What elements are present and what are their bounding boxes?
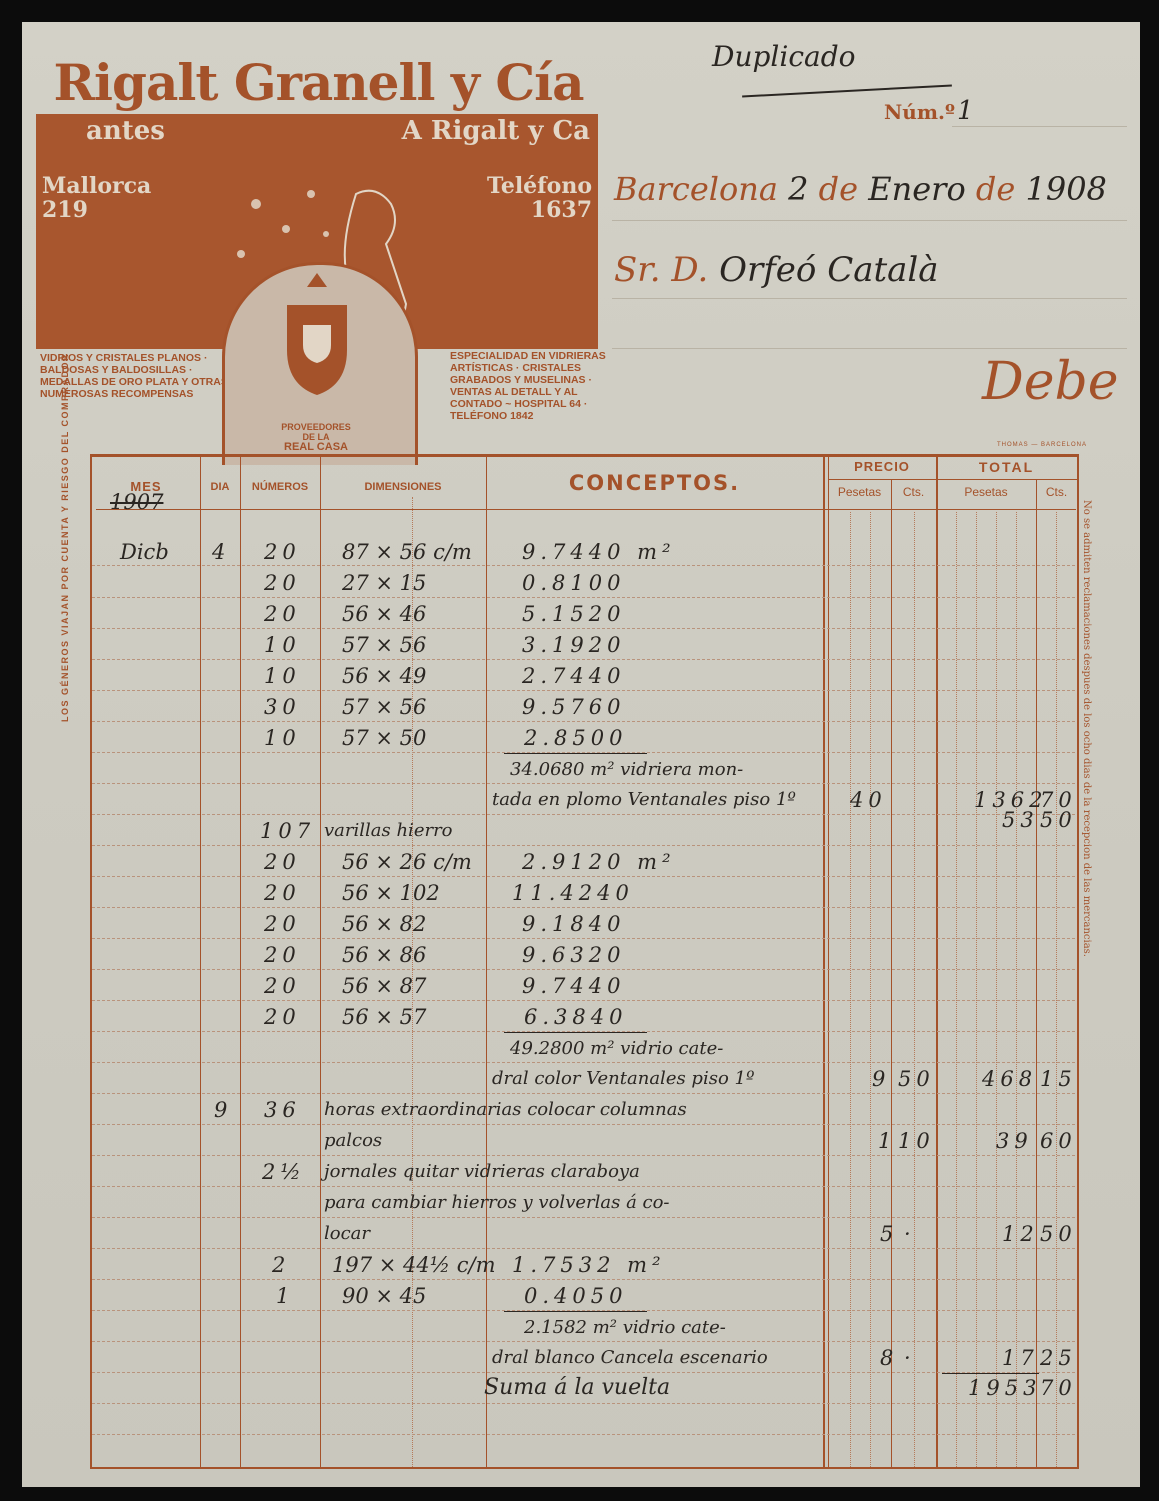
row-total-cts: 60 xyxy=(1040,1126,1077,1156)
col-divider xyxy=(486,457,487,1467)
row-numeros: 2½ xyxy=(262,1157,306,1187)
col-header-numeros: NÚMEROS xyxy=(240,481,320,493)
row-rule xyxy=(92,845,1077,846)
invoice-number: 1 xyxy=(957,96,974,126)
row-total-cts: 15 xyxy=(1040,1064,1077,1094)
row-area: 6.3840 xyxy=(504,1002,647,1033)
carry-forward-total-pesetas: 1953 xyxy=(968,1373,1041,1403)
row-concept: jornales quitar vidrieras claraboya xyxy=(324,1157,640,1187)
header-bottom-rule xyxy=(96,509,1076,510)
real-casa-line: REAL CASA xyxy=(236,442,396,452)
row-dimensiones: 90 × 45 xyxy=(342,1281,426,1311)
row-dia: 4 xyxy=(212,537,225,567)
invoice-table: MES DIA NÚMEROS DIMENSIONES CONCEPTOS. P… xyxy=(90,454,1079,1469)
col-divider xyxy=(996,512,998,1467)
letterhead-right-text: Especialidad en vidrieras artísticas · C… xyxy=(450,350,610,422)
row-precio-cts: 50 xyxy=(898,1064,935,1094)
row-concept: 2.1582 m² vidrio cate- xyxy=(524,1313,726,1343)
address-street: Mallorca xyxy=(42,174,151,198)
col-divider xyxy=(956,512,958,1467)
row-dimensiones: 56 × 82 xyxy=(342,909,426,939)
row-dimensiones: 56 × 87 xyxy=(342,971,426,1001)
row-precio-pesetas: 40 xyxy=(850,785,887,815)
date-rule xyxy=(612,220,1127,221)
carry-forward-total-cts: 70 xyxy=(1040,1373,1077,1403)
recipient: Sr. D. Orfeó Català xyxy=(614,250,939,290)
date-month: Enero xyxy=(868,170,965,208)
row-numeros: 20 xyxy=(264,909,301,939)
col-divider xyxy=(200,457,201,1467)
row-total-pesetas: 39 xyxy=(996,1126,1033,1156)
row-rule xyxy=(92,1403,1077,1404)
company-address: Mallorca 219 xyxy=(42,174,151,222)
col-divider xyxy=(1016,512,1018,1467)
date-year: 1908 xyxy=(1025,170,1106,208)
row-dimensiones: 57 × 56 xyxy=(342,692,426,722)
row-area: 9.1840 xyxy=(522,909,625,939)
address-number: 219 xyxy=(42,198,151,222)
row-numeros: 20 xyxy=(264,940,301,970)
row-area: 9.6320 xyxy=(522,940,625,970)
row-numeros: 36 xyxy=(264,1095,301,1125)
row-total-cts: 25 xyxy=(1040,1343,1077,1373)
row-numeros: 20 xyxy=(264,847,301,877)
row-numeros: 107 xyxy=(260,816,315,846)
col-divider xyxy=(320,457,321,1467)
col-header-total-pesetas: Pesetas xyxy=(936,485,1036,499)
row-dia: 9 xyxy=(214,1095,227,1125)
city-label: Barcelona xyxy=(614,170,778,208)
debe-label: Debe xyxy=(982,352,1119,412)
row-dimensiones: 56 × 49 xyxy=(342,661,426,691)
company-phone: Teléfono 1637 xyxy=(487,174,592,222)
col-header-dimensiones: DIMENSIONES xyxy=(320,481,486,493)
row-numeros: 20 xyxy=(264,568,301,598)
row-rule xyxy=(92,1434,1077,1435)
invoice-number-label: Núm.º xyxy=(884,100,955,124)
row-area: 5.1520 xyxy=(522,599,625,629)
row-precio-cts: · xyxy=(904,1219,916,1249)
company-name: Rigalt Granell y Cía xyxy=(36,52,601,114)
de-label-2: de xyxy=(976,170,1015,208)
col-header-precio: PRECIO xyxy=(828,459,936,474)
row-numeros: 2 xyxy=(272,1250,290,1280)
row-concept: 34.0680 m² vidriera mon- xyxy=(510,755,743,785)
de-label: de xyxy=(819,170,858,208)
col-divider xyxy=(870,512,872,1467)
row-dimensiones: 57 × 50 xyxy=(342,723,426,753)
row-dimensiones: 56 × 46 xyxy=(342,599,426,629)
letterhead: Rigalt Granell y Cía antes A Rigalt y Ca… xyxy=(36,52,601,467)
right-margin-note: No se admiten reclamaciones despues de l… xyxy=(1081,500,1092,957)
row-dimensiones: 56 × 26 c/m xyxy=(342,847,472,877)
row-total-pesetas: 468 xyxy=(982,1064,1037,1094)
coat-of-arms-icon xyxy=(225,265,409,415)
row-concept: 49.2800 m² vidrio cate- xyxy=(510,1034,723,1064)
col-divider xyxy=(850,512,852,1467)
row-dimensiones: 27 × 15 xyxy=(342,568,426,598)
row-precio-cts: · xyxy=(904,1343,916,1373)
row-numeros: 20 xyxy=(264,599,301,629)
col-header-conceptos: CONCEPTOS. xyxy=(486,471,823,495)
row-numeros: 10 xyxy=(264,723,301,753)
row-numeros: 20 xyxy=(264,1002,301,1032)
row-numeros: 20 xyxy=(264,537,301,567)
row-concept: varillas hierro xyxy=(324,816,453,846)
row-numeros: 30 xyxy=(264,692,301,722)
row-total-pesetas: 53 xyxy=(1002,805,1039,835)
row-rule xyxy=(92,1248,1077,1249)
phone-label: Teléfono xyxy=(487,174,592,198)
row-area: 0.8100 xyxy=(522,568,625,598)
row-numeros: 20 xyxy=(264,878,301,908)
col-header-precio-cts: Cts. xyxy=(891,485,936,499)
row-precio-pesetas: 1 xyxy=(878,1126,896,1156)
col-divider xyxy=(828,457,829,1467)
row-precio-pesetas: 5 xyxy=(880,1219,898,1249)
row-area: 2.8500 xyxy=(504,723,647,754)
recipient-prefix: Sr. D. xyxy=(614,250,708,290)
row-numeros: 10 xyxy=(264,630,301,660)
col-divider xyxy=(914,512,916,1467)
row-concept: dral blanco Cancela escenario xyxy=(492,1343,768,1373)
proveedores-line: PROVEEDORES xyxy=(236,422,396,432)
row-area: 11.4240 xyxy=(512,878,634,908)
recipient-rule xyxy=(612,298,1127,299)
row-numeros: 10 xyxy=(264,661,301,691)
row-concept: locar xyxy=(324,1219,370,1249)
row-area: 9.7440 xyxy=(522,971,625,1001)
year-value: 1907 xyxy=(110,487,163,517)
row-concept: horas extraordinarias colocar columnas xyxy=(324,1095,687,1125)
col-divider xyxy=(240,457,241,1467)
row-area: 0.4050 xyxy=(504,1281,647,1312)
col-divider xyxy=(1056,512,1058,1467)
left-margin-note: LOS GÉNEROS VIAJAN POR CUENTA Y RIESGO D… xyxy=(60,342,70,722)
row-area: 9.5760 xyxy=(522,692,625,722)
row-total-cts: 50 xyxy=(1040,805,1077,835)
col-divider xyxy=(936,457,938,1467)
row-dimensiones: 87 × 56 c/m xyxy=(342,537,472,567)
former-company-name: A Rigalt y Ca xyxy=(402,116,590,146)
row-concept: para cambiar hierros y volverlas á co- xyxy=(324,1188,670,1218)
row-precio-pesetas: 9 xyxy=(872,1064,890,1094)
row-area: 9.7440 m² xyxy=(522,537,676,567)
copy-mark: Duplicado xyxy=(712,40,855,73)
number-rule xyxy=(952,126,1127,127)
col-header-dia: DIA xyxy=(200,481,240,493)
row-area: 2.9120 m² xyxy=(522,847,676,877)
header-rule xyxy=(828,479,1077,480)
invoice-page: Rigalt Granell y Cía antes A Rigalt y Ca… xyxy=(22,22,1140,1487)
row-dimensiones: 56 × 102 xyxy=(342,878,440,908)
col-header-precio-pesetas: Pesetas xyxy=(828,485,891,499)
invoice-date: Barcelona 2 de Enero de 1908 xyxy=(614,170,1107,208)
row-mes: Dicb xyxy=(120,537,169,567)
row-area: 3.1920 xyxy=(522,630,625,660)
antes-label: antes xyxy=(86,116,165,146)
copy-mark-flourish xyxy=(742,85,952,98)
row-concept: palcos xyxy=(324,1126,382,1156)
row-dimensiones: 197 × 44½ c/m xyxy=(332,1250,496,1280)
row-total-pesetas: 12 xyxy=(1002,1219,1039,1249)
row-area: 1.7532 m² xyxy=(512,1250,666,1280)
row-area: 2.7440 xyxy=(522,661,625,691)
row-precio-cts: 10 xyxy=(898,1126,935,1156)
row-numeros: 1 xyxy=(276,1281,294,1311)
blank-rule xyxy=(612,348,1127,349)
row-concept: tada en plomo Ventanales piso 1º xyxy=(492,785,796,815)
printer-mark: THOMAS — BARCELONA xyxy=(997,442,1087,448)
col-header-total-cts: Cts. xyxy=(1036,485,1077,499)
row-concept: dral color Ventanales piso 1º xyxy=(492,1064,754,1094)
date-day: 2 xyxy=(788,170,808,208)
row-total-pesetas: 17 xyxy=(942,1343,1039,1374)
carry-forward-label: Suma á la vuelta xyxy=(484,1373,670,1403)
row-dimensiones: 57 × 56 xyxy=(342,630,426,660)
col-divider xyxy=(823,457,825,1467)
row-dimensiones: 56 × 57 xyxy=(342,1002,426,1032)
col-header-total: TOTAL xyxy=(936,459,1077,475)
recipient-name: Orfeó Català xyxy=(719,250,938,290)
row-precio-pesetas: 8 xyxy=(880,1343,898,1373)
row-total-cts: 50 xyxy=(1040,1219,1077,1249)
phone-number: 1637 xyxy=(487,198,592,222)
row-numeros: 20 xyxy=(264,971,301,1001)
royal-purveyor-label: PROVEEDORES DE LA REAL CASA xyxy=(236,422,396,452)
row-dimensiones: 56 × 86 xyxy=(342,940,426,970)
col-divider xyxy=(976,512,978,1467)
